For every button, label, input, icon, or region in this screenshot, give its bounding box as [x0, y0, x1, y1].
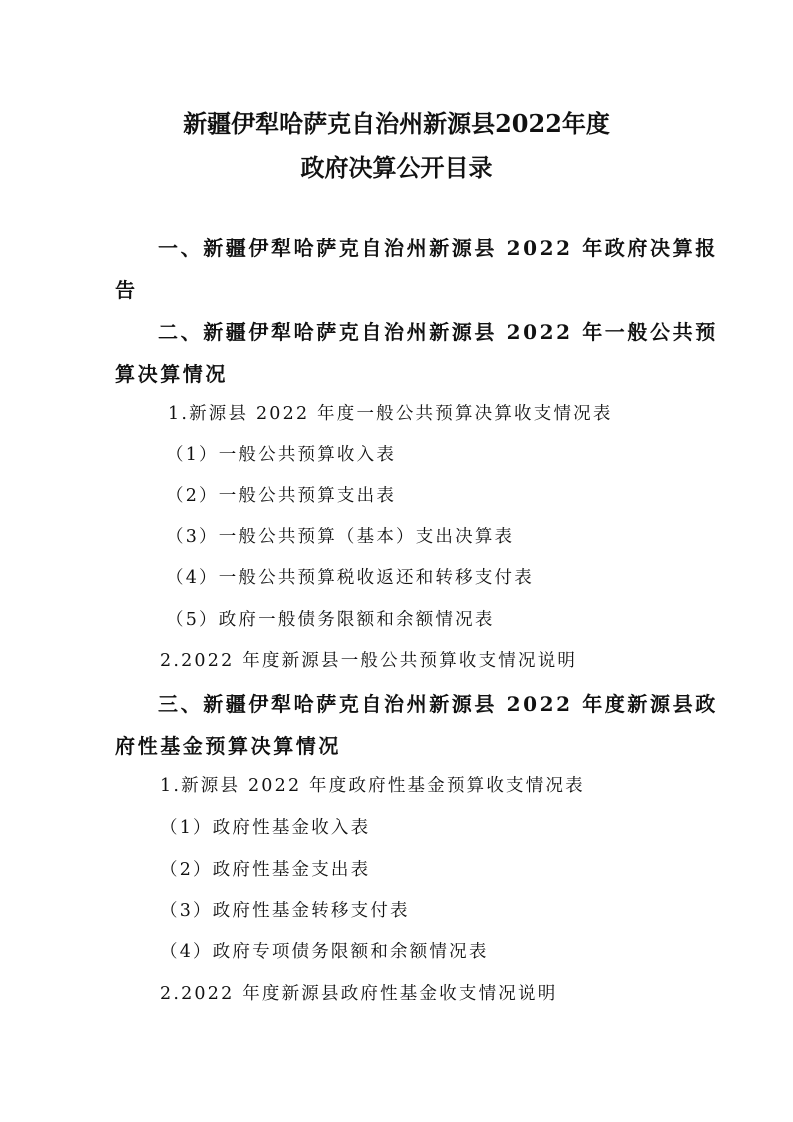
- section-3-item-1-2: （2）政府性基金支出表: [160, 856, 370, 881]
- section-2-item-1-5: （5）政府一般债务限额和余额情况表: [166, 606, 495, 631]
- section-3-item-1-3: （3）政府性基金转移支付表: [160, 897, 410, 922]
- section-2-item-2: 2.2022 年度新源县一般公共预算收支情况说明: [160, 647, 577, 672]
- section-2-item-1: 1.新源县 2022 年度一般公共预算决算收支情况表: [168, 400, 613, 425]
- document-title-line2: 政府决算公开目录: [0, 148, 793, 183]
- section-2-item-1-1: （1）一般公共预算收入表: [166, 441, 396, 466]
- section-3-item-1-4: （4）政府专项债务限额和余额情况表: [160, 938, 489, 963]
- section-2-heading: 二、新疆伊犁哈萨克自治州新源县 2022 年一般公共预: [158, 316, 718, 345]
- section-3-heading-cont: 府性基金预算决算情况: [115, 730, 341, 759]
- section-3-item-1: 1.新源县 2022 年度政府性基金预算收支情况表: [160, 772, 585, 797]
- section-3-item-2: 2.2022 年度新源县政府性基金收支情况说明: [160, 980, 557, 1005]
- section-2-heading-cont: 算决算情况: [115, 358, 228, 387]
- document-title-line1: 新疆伊犁哈萨克自治州新源县2022年度: [0, 104, 793, 139]
- section-2-item-1-3: （3）一般公共预算（基本）支出决算表: [166, 523, 514, 548]
- section-3-heading: 三、新疆伊犁哈萨克自治州新源县 2022 年度新源县政: [158, 688, 718, 717]
- section-2-item-1-2: （2）一般公共预算支出表: [166, 482, 396, 507]
- section-3-item-1-1: （1）政府性基金收入表: [160, 814, 370, 839]
- section-1-heading: 一、新疆伊犁哈萨克自治州新源县 2022 年政府决算报: [158, 232, 718, 261]
- document-page: 新疆伊犁哈萨克自治州新源县2022年度 政府决算公开目录 一、新疆伊犁哈萨克自治…: [0, 0, 793, 1122]
- section-2-item-1-4: （4）一般公共预算税收返还和转移支付表: [166, 564, 534, 589]
- section-1-heading-cont: 告: [115, 274, 138, 303]
